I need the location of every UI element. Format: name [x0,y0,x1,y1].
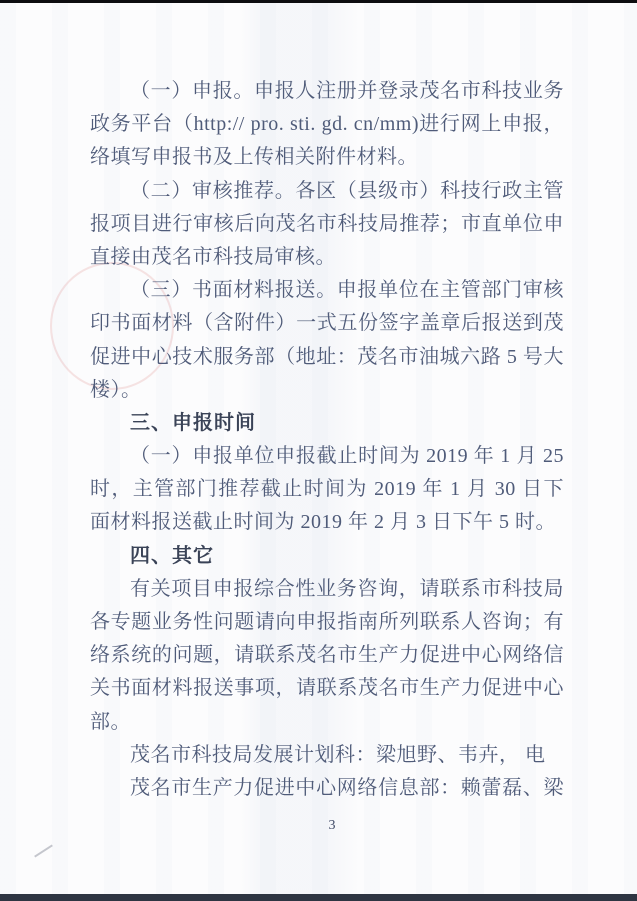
section-heading: 四、其它 [90,540,564,573]
pencil-mark [34,844,53,857]
text-line: 关书面材料报送事项，请联系茂名市生产力促进中心技术服务 [90,672,564,705]
text-line: 印书面材料（含附件）一式五份签字盖章后报送到茂名市生产 [90,307,564,340]
document-lines: （一）申报。申报人注册并登录茂名市科技业务管理阳光政务平台（http:// pr… [90,75,564,805]
text-line: 各专题业务性问题请向申报指南所列联系人咨询；有关申报网 [90,606,564,639]
text-line: 茂名市科技局发展计划科：梁旭野、韦卉， 电话：2875080 [90,739,564,772]
text-line: 部。 [90,706,564,739]
text-line: 政务平台（http:// pro. sti. gd. cn/mm)进行网上申报，… [90,108,564,141]
scan-edge-top [0,0,637,3]
text-line: 络系统的问题，请联系茂名市生产力促进中心网络信息部；有 [90,639,564,672]
text-line: 面材料报送截止时间为 2019 年 2 月 3 日下午 5 时。 [90,506,564,539]
text-line: 时，主管部门推荐截止时间为 2019 年 1 月 30 日下午 5 时。书 [90,473,564,506]
text-line: 楼）。 [90,374,564,407]
text-line: 直接由茂名市科技局审核。 [90,241,564,274]
text-line: 络填写申报书及上传相关附件材料。 [90,141,564,174]
text-line: （三）书面材料报送。申报单位在主管部门审核通过后打 [90,274,564,307]
section-heading: 三、申报时间 [90,407,564,440]
page-number: 3 [322,818,342,834]
text-line: 报项目进行审核后向茂名市科技局推荐；市直单位申报的项目 [90,208,564,241]
text-line: （一）申报。申报人注册并登录茂名市科技业务管理阳光 [90,75,564,108]
text-line: 有关项目申报综合性业务咨询，请联系市科技局计划科； [90,573,564,606]
scanned-document-page: （一）申报。申报人注册并登录茂名市科技业务管理阳光政务平台（http:// pr… [0,0,637,901]
scan-edge-bottom [0,894,637,901]
text-line: （二）审核推荐。各区（县级市）科技行政主管部门对申 [90,175,564,208]
text-line: 促进中心技术服务部（地址：茂名市油城六路 5 号大院副楼 2 [90,341,564,374]
text-line: （一）申报单位申报截止时间为 2019 年 1 月 25 日下午 5 [90,440,564,473]
text-line: 茂名市生产力促进中心网络信息部：赖蕾磊、梁炜，电话： [90,772,564,805]
